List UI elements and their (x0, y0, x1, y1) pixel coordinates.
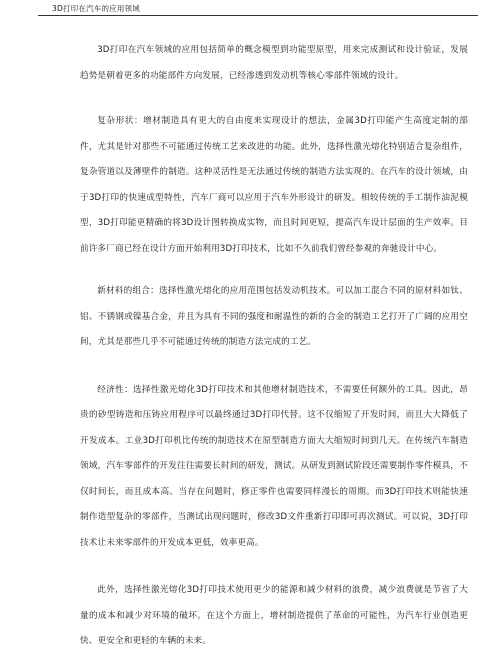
header-title: 3D打印在汽车的应用领域 (52, 3, 140, 14)
paragraph-complex-shapes: 复杂形状：增材制造具有更大的自由度来实现设计的想法，金属3D打印能产生高度定制的… (80, 109, 468, 262)
document-body: 3D打印在汽车领域的应用包括简单的概念模型到功能型原型，用来完成测试和设计验证，… (80, 38, 468, 647)
paragraph-new-materials: 新材料的组合：选择性激光熔化的应用范围包括发动机技术。可以加工混合不同的原材料如… (80, 279, 468, 356)
paragraph-intro: 3D打印在汽车领域的应用包括简单的概念模型到功能型原型，用来完成测试和设计验证，… (80, 38, 468, 89)
paragraph-environment: 此外，选择性激光熔化3D打印技术使用更少的能源和减少材料的浪费，减少浪费就是节省… (80, 578, 468, 647)
paragraph-economy: 经济性：选择性激光熔化3D打印技术和其他增材制造技术，不需要任何额外的工具。因此… (80, 378, 468, 557)
page-header: 3D打印在汽车的应用领域 (38, 0, 478, 16)
